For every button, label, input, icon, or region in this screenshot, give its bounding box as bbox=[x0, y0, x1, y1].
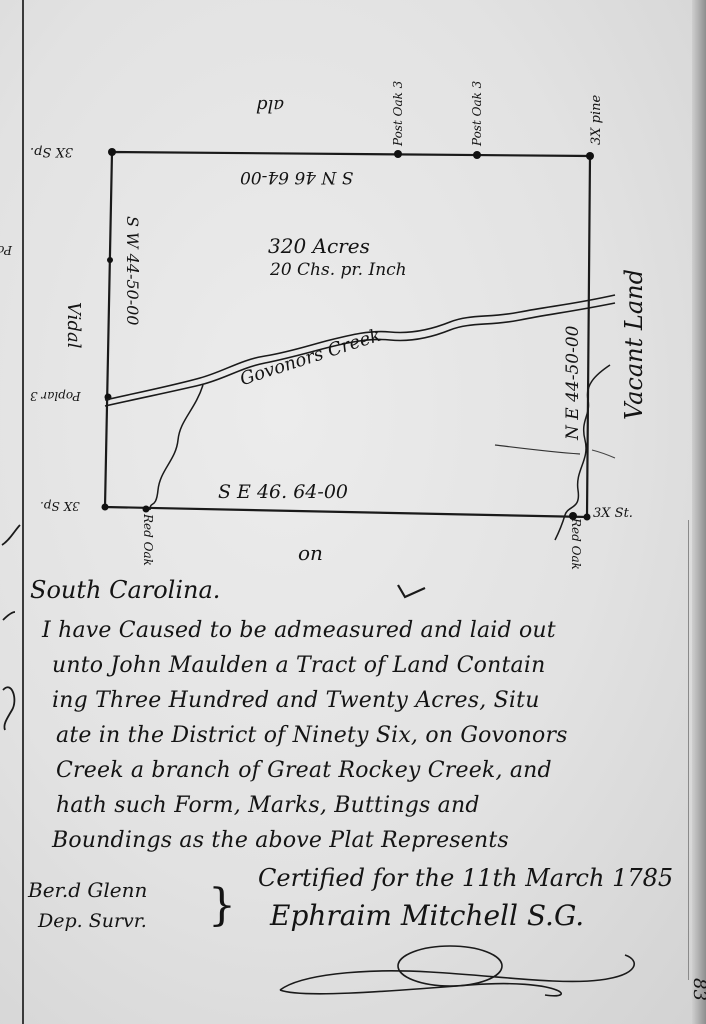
adjoining-west: Vidal bbox=[64, 302, 82, 348]
corner-ne: 3X pine bbox=[590, 95, 603, 145]
certificate-line-4: ate in the District of Ninety Six, on Go… bbox=[56, 725, 568, 747]
certificate-line-6: hath such Form, Marks, Buttings and bbox=[56, 795, 480, 817]
west-line-bearing: S W 44-50-00 bbox=[124, 216, 140, 325]
branch-west bbox=[150, 385, 203, 510]
branch-east-fork bbox=[495, 445, 580, 454]
certificate-line-5: Creek a branch of Great Rockey Creek, an… bbox=[56, 760, 552, 782]
below-plat-word: on bbox=[298, 543, 323, 563]
corner-se: 3X St. bbox=[593, 507, 633, 520]
margin-marks bbox=[2, 525, 20, 730]
south-line-bearing: S E 46. 64-00 bbox=[218, 483, 348, 502]
east-line-bearing: N E 44-50-00 bbox=[565, 326, 582, 440]
certificate-line-3: ing Three Hundred and Twenty Acres, Situ bbox=[52, 690, 540, 712]
surveyor-title: Dep. Survr. bbox=[38, 912, 147, 931]
tree-north-1: Post Oak 3 bbox=[392, 81, 404, 146]
surveyor-general-signature: Ephraim Mitchell S.G. bbox=[270, 902, 584, 930]
signature-flourish bbox=[280, 946, 634, 996]
surveyor-name: Ber.d Glenn bbox=[28, 880, 147, 900]
tree-west-2: Poplar 3 bbox=[30, 390, 81, 402]
tree-north-2: Post Oak 3 bbox=[471, 81, 483, 146]
scale-label: 20 Chs. pr. Inch bbox=[270, 262, 407, 279]
north-line-bearing: S N 46 64-00 bbox=[240, 168, 353, 185]
tree-south-2: Red Oak bbox=[570, 518, 582, 570]
tree-south-1: Red Oak bbox=[142, 514, 154, 566]
adjoining-north: ald bbox=[256, 96, 284, 114]
certificate-line-7: Boundings as the above Plat Represents bbox=[52, 830, 509, 852]
adjoining-east: Vacant Land bbox=[622, 269, 646, 420]
tree-west-1: Post Oak 3 bbox=[0, 244, 12, 256]
certified-date-line: Certified for the 11th March 1785 bbox=[258, 866, 673, 890]
certificate-line-2: unto John Maulden a Tract of Land Contai… bbox=[52, 655, 545, 677]
corner-sw: 3X Sp. bbox=[40, 500, 80, 512]
page-number: 83 bbox=[690, 978, 706, 1001]
certificate-heading: South Carolina. bbox=[30, 578, 220, 602]
brace-icon: } bbox=[208, 884, 236, 928]
certificate-line-1: I have Caused to be admeasured and laid … bbox=[42, 620, 556, 642]
check-mark bbox=[398, 585, 425, 597]
area-label: 320 Acres bbox=[268, 236, 370, 256]
document-page: 320 Acres 20 Chs. pr. Inch Govonors Cree… bbox=[0, 0, 706, 1024]
corner-nw: 3X Sp. bbox=[30, 145, 73, 158]
